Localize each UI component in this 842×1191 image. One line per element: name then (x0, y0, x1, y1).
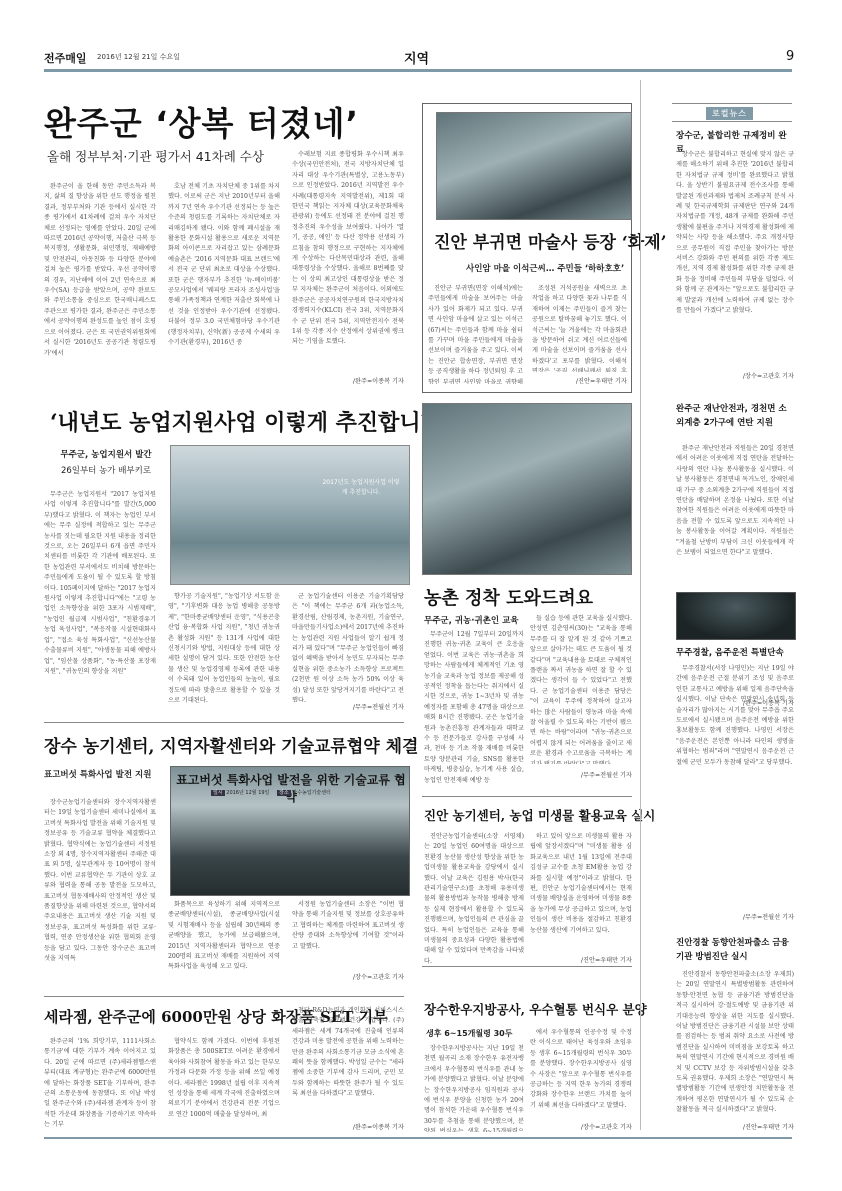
photo-place-label: 장소 (277, 790, 291, 796)
byline: /진안=우태만 기자 (530, 955, 632, 964)
byline: /진안=우태만 기자 (532, 376, 627, 385)
article-body-col: 첨단 R&D능력과 개인화된 서비스시스템을 구축한 글로벌 건강 기업이다. … (292, 1006, 404, 1120)
article-body-col: 무주군은 농업지원서 "2017 농업지원사업 이렇게 추진합니다"를 발간(5… (44, 490, 156, 710)
byline: /무주=전월선 기자 (292, 702, 404, 711)
photo-date: 2016년 12월 19일 (226, 790, 269, 796)
meeting-photo (436, 112, 632, 220)
divider (422, 966, 632, 967)
article-body-col: 장수한우지방공사는 지난 19일 천천면 월곡리 소재 장수한우 유전자뱅크에서… (424, 1044, 524, 1132)
booklet-cover-photo: 2017년도 농업지원사업 이렇게 추진합니다. (170, 445, 410, 585)
headline-jangsu-hanwoo: 장수한우지방공사, 우수혈통 번식우 분양 (424, 1000, 647, 1018)
byline: /무주=전월선 기자 (530, 770, 632, 779)
byline: /장수=고관호 기자 (292, 972, 404, 981)
headline-jangsu-tech-exchange: 장수 농기센터, 지역자활센터와 기술교류협약 체결 (44, 732, 418, 757)
subheadline-jangsu-tech: 표고버섯 특화사업 발전 지원 (44, 768, 151, 780)
article-body-col: 군 농업기술센터 이용준 기술기획담당은 "이 책에는 무주군 6개 과(농업소… (292, 592, 404, 702)
subheadline-jangsu-hanwoo: 생후 6~15개월령 30두 (426, 1028, 512, 1039)
brief-body: 장수군은 불합리하고 현실에 맞지 않은 규제를 해소하기 위해 추진한 '20… (676, 150, 794, 368)
byline: /무주=전월선 기자 (676, 912, 794, 921)
subheadline-muju-2: 26일부터 농가 배부키로 (56, 464, 156, 476)
byline: /진안=우태만 기자 (676, 1122, 794, 1131)
article-body-col: 조성된 거석공원을 새벽으로 초작업을 하고 다양한 꽃과 나무를 식재하여 이… (532, 284, 627, 372)
article-body-col: 협약식도 함께 가졌다. 이번에 후원된 화장품은 총 500SET로 어려운 … (168, 1037, 280, 1132)
page-number: 9 (786, 49, 794, 64)
article-body-col: 서정원 농업기술센터 소장은 "이번 협약을 통해 기술지원 및 정보를 상호공… (292, 900, 404, 970)
brief-headline: 무주경찰, 음주운전 특별단속 (676, 646, 794, 660)
night-road-photo (676, 592, 796, 640)
brief-body: 진안경찰서 동향안천파출소(소장 우제희)는 20일 연말연시 특별방범활동 관… (676, 970, 794, 1120)
byline: /완주=이종복 기자 (292, 376, 404, 385)
article-body-col: 진안군농업기술센터(소장 서영채)는 20일 농업인 60여명을 대상으로 친환… (424, 832, 524, 964)
booklet-cover-title: 2017년도 농업지원사업 이렇게 추진합니다. (321, 478, 401, 498)
article-body-col: 진안군 부귀면(면장 이해석)에는 주민들에게 마술을 보여주는 마술사가 있어… (428, 284, 523, 384)
section-title: 지역 (404, 48, 429, 67)
brief-body: 무주경찰서(서장 나영민)는 지난 19일 야간에 음주운전 근절 분위기 조성… (676, 664, 794, 904)
sidebar-divider (640, 80, 641, 1130)
byline: /완주=이종복 기자 (292, 1122, 404, 1131)
bottom-rule (44, 1137, 792, 1139)
divider (422, 796, 632, 797)
photo-banner-title: 표고버섯 특화사업 발전을 위한 기술교류 협약 (171, 771, 411, 805)
headline-wanju-awards: 완주군 ‘상복 터졌네’ (44, 98, 359, 145)
article-body-col: 향가공 기술지원", "농업기상 서도함 운영", "기후변화 대응 농업 병해… (168, 592, 280, 710)
classroom-photo (422, 403, 632, 575)
headline-jinan-magician: 진안 부귀면 마술사 등장 ‘화제’ (434, 228, 667, 253)
brief-headline: 진안경찰 동향안천파출소 금융기관 방범진단 실시 (676, 936, 794, 964)
article-body-col: 무주군이 12월 7일부터 20일까지 진행한 귀농·귀촌 교육이 큰 호응을 … (424, 630, 524, 806)
divider (44, 722, 404, 723)
article-body-col: 완주군의 '1% 희망기부, 1111사회소통기금'에 대한 기부가 계속 이어… (44, 1037, 156, 1132)
sidebar-top-rule (672, 103, 792, 104)
headline-jinan-microbe: 진안 농기센터, 농업 미생물 활용교육 실시 (424, 806, 655, 824)
article-body-col: 하고 있어 앞으로 미생물의 활용 자립에 앞장서겠다"며 "미생물 활용 심화… (530, 832, 632, 952)
paper-name: 전주매일 (44, 50, 87, 66)
article-body-col: 에서 우수혈통의 인공수정 및 수정란 이식으로 태어난 육성우와 초임우 등 … (530, 1028, 632, 1118)
headline-muju-return-farm: 농촌 정착 도와드려요 (424, 584, 593, 610)
local-news-tag: 로컬뉴스 (706, 107, 753, 120)
photo-place: 장수농업기술센터 (292, 790, 331, 796)
article-body-col: 완주군이 올 한해 동안 주민소득과 복지, 삶의 질 향상을 위한 선도 행정… (44, 182, 156, 382)
agreement-signing-photo: 표고버섯 특화사업 발전을 위한 기술교류 협약 일시 2016년 12월 19… (170, 766, 410, 896)
article-body-col: 화품목으로 육성하기 위해 지역적으로 종균배양센터(시설), 종균배양사업(시… (168, 900, 280, 984)
article-body-col: 호남 전체 기초 자치단체 중 1위를 차지했다. 이로써 군은 지난 2010… (168, 182, 280, 382)
sidebar-tag-rule (672, 121, 792, 122)
top-rule (44, 69, 792, 72)
byline: /장수=고관호 기자 (530, 1122, 632, 1131)
article-body-col: 들 실습 등에 관한 교육을 실시했다. 안성면 김춘영씨(30)는 "교육을 … (530, 614, 632, 764)
subheadline-jinan-magician: 사인암 마을 이석근씨… 주민들 ‘하하호호’ (466, 262, 624, 274)
subheadline-muju-return-farm: 무주군, 귀농·귀촌인 교육 (424, 614, 519, 626)
headline-muju-farm-support: ‘내년도 농업지원사업 이렇게 추진합니다’ (50, 406, 450, 437)
subheadline-muju-1: 무주군, 농업지원서 발간 (56, 448, 156, 460)
byline: /장수=고관호 기자 (676, 371, 794, 380)
subheadline-wanju-awards: 올해 정부부처·기관 평가서 41차례 수상 (47, 147, 264, 165)
article-body-col: 장수군농업기술센터와 장수지역자활센터는 19일 농업기술센터 세미나실에서 표… (44, 798, 156, 984)
issue-date: 2016년 12월 21일 수요일 (97, 52, 180, 62)
article-body-col: 수레보험 지료 종합평화 우수시책 최우수상(국민안전처), 전국 지방자치단체… (292, 150, 404, 372)
divider (44, 996, 404, 997)
brief-headline: 완주군 재난안전과, 경천면 소외계층 2가구에 연탄 지원 (676, 402, 794, 430)
photo-date-label: 일시 (211, 790, 225, 796)
